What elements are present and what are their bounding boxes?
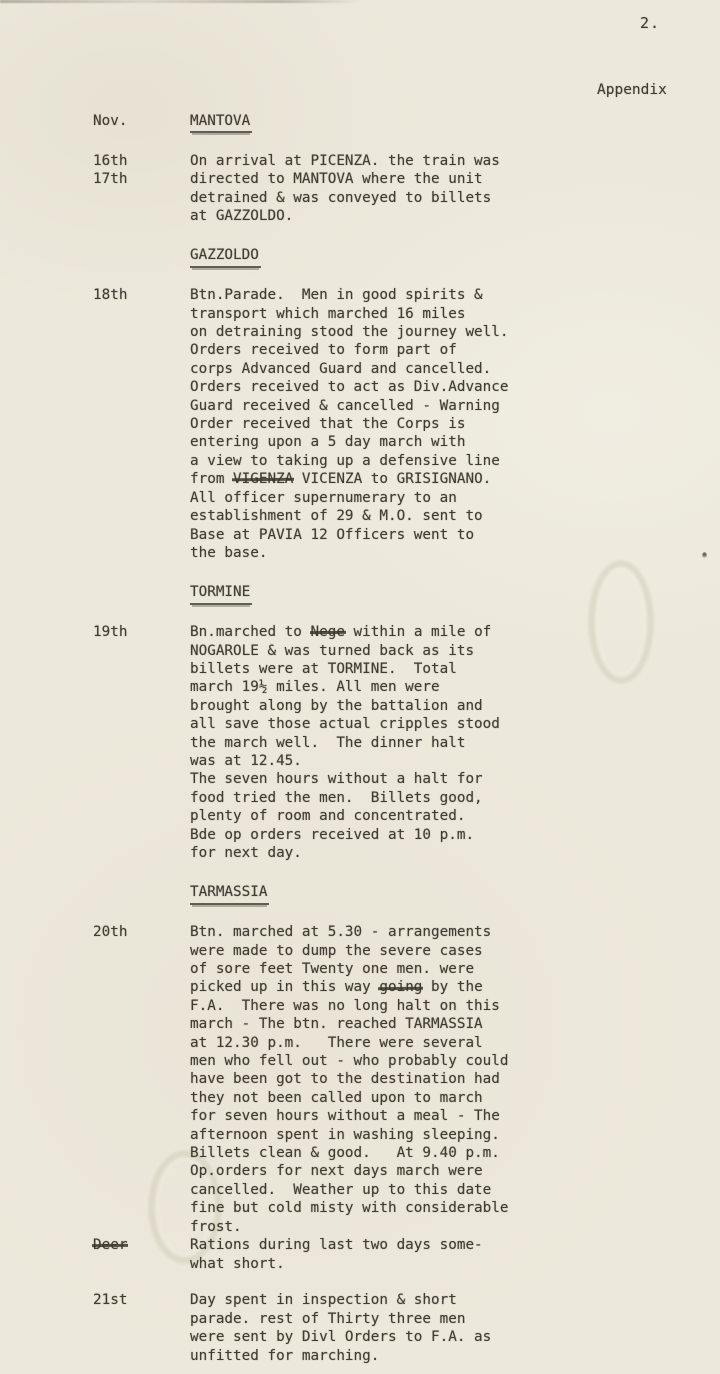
diary-entry: 16th17thOn arrival at PICENZA. the train…	[93, 152, 696, 226]
entry-line: picked up in this way going by the	[190, 978, 696, 996]
section-heading-row: Nov.MANTOVA	[93, 112, 696, 133]
entry-line: for next day.	[190, 844, 696, 862]
text-segment: VICENZA to GRISIGNANO.	[293, 471, 491, 487]
entry-text: Bn.marched to Nege within a mile ofNOGAR…	[190, 623, 696, 862]
entry-line: Op.orders for next days march were	[190, 1162, 696, 1180]
date-label: 16th	[93, 152, 190, 170]
entry-line: billets were at TORMINE. Total	[190, 660, 696, 678]
entry-line: were sent by Divl Orders to F.A. as	[190, 1328, 696, 1346]
entry-dates: 19th	[93, 623, 190, 641]
entry-line: directed to MANTOVA where the unit	[190, 170, 696, 188]
struck-text: VIGENZA	[233, 471, 293, 487]
entry-line: was at 12.45.	[190, 752, 696, 770]
entry-line: they not been called upon to march	[190, 1089, 696, 1107]
entry-line: Orders received to act as Div.Advance	[190, 378, 696, 396]
date-label: 19th	[93, 623, 190, 641]
struck-text: going	[379, 979, 422, 995]
entry-dates: 18th	[93, 286, 190, 304]
text-segment: from	[190, 471, 233, 487]
date-label: 17th	[93, 170, 190, 188]
entry-line: Rations during last two days some-	[190, 1236, 696, 1254]
entry-line: parade. rest of Thirty three men	[190, 1310, 696, 1328]
scan-edge-smudge	[0, 0, 360, 3]
entry-line: Orders received to form part of	[190, 341, 696, 359]
entry-line: were made to dump the severe cases	[190, 942, 696, 960]
section-heading: TARMASSIA	[190, 883, 696, 904]
entry-line: NOGAROLE & was turned back as its	[190, 642, 696, 660]
diary-entry: 21stDay spent in inspection & shortparad…	[93, 1291, 696, 1365]
struck-text: Nege	[311, 624, 345, 640]
entry-line: for seven hours without a meal - The	[190, 1107, 696, 1125]
entry-line: All officer supernumerary to an	[190, 489, 696, 507]
section-heading-text: TARMASSIA	[190, 883, 269, 904]
entry-line: all save those actual cripples stood	[190, 715, 696, 733]
struck-text: Deer	[93, 1237, 127, 1253]
text-segment: within a mile of	[345, 624, 491, 640]
entry-line: brought along by the battalion and	[190, 697, 696, 715]
diary-entry: 20thBtn. marched at 5.30 - arrangementsw…	[93, 923, 696, 1236]
entry-line: Base at PAVIA 12 Officers went to	[190, 526, 696, 544]
entry-line: fine but cold misty with considerable	[190, 1199, 696, 1217]
entry-line: Billets clean & good. At 9.40 p.m.	[190, 1144, 696, 1162]
entry-line: Bde op orders received at 10 p.m.	[190, 826, 696, 844]
entry-line: food tried the men. Billets good,	[190, 789, 696, 807]
section-heading: GAZZOLDO	[190, 246, 696, 267]
entry-line: men who fell out - who probably could	[190, 1052, 696, 1070]
section-heading-row: TARMASSIA	[93, 883, 696, 904]
section-heading-text: MANTOVA	[190, 112, 252, 133]
diary-entry: 18thBtn.Parade. Men in good spirits &tra…	[93, 286, 696, 562]
entry-line: at 12.30 p.m. There were several	[190, 1034, 696, 1052]
entry-line: On arrival at PICENZA. the train was	[190, 152, 696, 170]
section-heading: MANTOVA	[190, 112, 696, 133]
entry-text: Day spent in inspection & shortparade. r…	[190, 1291, 696, 1365]
entry-line: Guard received & cancelled - Warning	[190, 397, 696, 415]
entry-line: at GAZZOLDO.	[190, 207, 696, 225]
diary-section: TORMINE19thBn.marched to Nege within a m…	[93, 583, 696, 862]
section-heading: TORMINE	[190, 583, 696, 604]
entry-line: unfitted for marching.	[190, 1347, 696, 1365]
section-heading-row: TORMINE	[93, 583, 696, 604]
entry-line: plenty of room and concentrated.	[190, 807, 696, 825]
entry-line: Btn.Parade. Men in good spirits &	[190, 286, 696, 304]
entry-text: Btn. marched at 5.30 - arrangementswere …	[190, 923, 696, 1236]
entry-text: On arrival at PICENZA. the train wasdire…	[190, 152, 696, 226]
text-segment: by the	[422, 979, 482, 995]
entry-line: cancelled. Weather up to this date	[190, 1181, 696, 1199]
entry-line: Day spent in inspection & short	[190, 1291, 696, 1309]
entry-line: the base.	[190, 544, 696, 562]
ink-speck	[702, 552, 707, 559]
entry-line: entering upon a 5 day march with	[190, 433, 696, 451]
section-heading-text: GAZZOLDO	[190, 246, 261, 267]
entry-dates: 20th	[93, 923, 190, 941]
entry-line: march 19½ miles. All men were	[190, 678, 696, 696]
scanned-diary-page: 2. Appendix Nov.MANTOVA16th17thOn arriva…	[0, 0, 720, 1374]
section-heading-row: GAZZOLDO	[93, 246, 696, 267]
entry-line: transport which marched 16 miles	[190, 305, 696, 323]
entry-line: from VIGENZA VICENZA to GRISIGNANO.	[190, 470, 696, 488]
diary-entry: DeerRations during last two days some-wh…	[93, 1236, 696, 1273]
appendix-label: Appendix	[597, 82, 667, 98]
date-label: 21st	[93, 1291, 190, 1309]
entry-line: what short.	[190, 1255, 696, 1273]
entry-dates: Deer	[93, 1236, 190, 1254]
text-segment: picked up in this way	[190, 979, 379, 995]
entry-line: corps Advanced Guard and cancelled.	[190, 360, 696, 378]
entry-line: the march well. The dinner halt	[190, 734, 696, 752]
month-label: Nov.	[93, 112, 190, 130]
text-segment: Bn.marched to	[190, 624, 311, 640]
diary-section: Nov.MANTOVA16th17thOn arrival at PICENZA…	[93, 112, 696, 225]
entry-line: Bn.marched to Nege within a mile of	[190, 623, 696, 641]
entry-line: Btn. marched at 5.30 - arrangements	[190, 923, 696, 941]
entry-line: frost.	[190, 1218, 696, 1236]
entry-line: The seven hours without a halt for	[190, 770, 696, 788]
entry-line: detrained & was conveyed to billets	[190, 189, 696, 207]
diary-body: Nov.MANTOVA16th17thOn arrival at PICENZA…	[93, 112, 696, 1365]
entry-line: march - The btn. reached TARMASSIA	[190, 1015, 696, 1033]
entry-dates: 21st	[93, 1291, 190, 1309]
entry-line: have been got to the destination had	[190, 1070, 696, 1088]
entry-text: Btn.Parade. Men in good spirits &transpo…	[190, 286, 696, 562]
page-number: 2.	[640, 14, 660, 32]
entry-line: a view to taking up a defensive line	[190, 452, 696, 470]
date-label: 20th	[93, 923, 190, 941]
date-label: Deer	[93, 1236, 190, 1254]
section-heading-text: TORMINE	[190, 583, 252, 604]
entry-dates: 16th17th	[93, 152, 190, 189]
diary-entry: 19thBn.marched to Nege within a mile ofN…	[93, 623, 696, 862]
entry-line: F.A. There was no long halt on this	[190, 997, 696, 1015]
diary-section: TARMASSIA20thBtn. marched at 5.30 - arra…	[93, 883, 696, 1365]
entry-line: on detraining stood the journey well.	[190, 323, 696, 341]
entry-text: Rations during last two days some-what s…	[190, 1236, 696, 1273]
date-label: 18th	[93, 286, 190, 304]
diary-section: GAZZOLDO18thBtn.Parade. Men in good spir…	[93, 246, 696, 562]
entry-line: of sore feet Twenty one men. were	[190, 960, 696, 978]
entry-line: establishment of 29 & M.O. sent to	[190, 507, 696, 525]
entry-line: Order received that the Corps is	[190, 415, 696, 433]
entry-line: afternoon spent in washing sleeping.	[190, 1126, 696, 1144]
